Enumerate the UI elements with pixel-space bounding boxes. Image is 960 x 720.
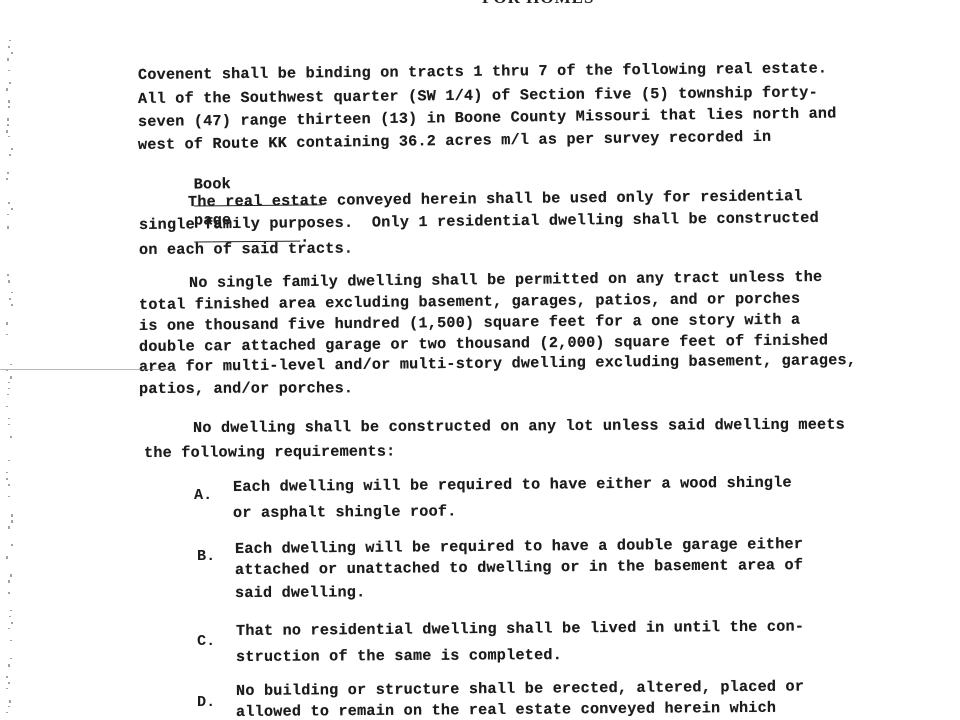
scanned-document-page: FOR HOMES Covenent shall be binding on t… [0,0,960,720]
text-line: That no residential dwelling shall be li… [236,618,804,640]
text-line: No building or structure shall be erecte… [236,678,804,700]
text-line: total finished area excluding basement, … [139,290,800,314]
text-line: Each dwelling will be required to have a… [235,535,803,558]
document-header-fragment: FOR HOMES [482,0,594,8]
text-line: Each dwelling will be required to have e… [233,474,792,496]
list-marker: B. [197,547,215,565]
text-line: All of the Southwest quarter (SW 1/4) of… [138,83,818,108]
list-marker: D. [197,693,215,711]
text-line: the following requirements: [144,442,396,462]
text-line: patios, and/or porches. [139,379,353,398]
text-line: struction of the same is completed. [236,646,562,666]
text-line: on each of said tracts. [139,240,353,259]
list-marker: C. [197,632,215,650]
text-line: Covenent shall be binding on tracts 1 th… [138,59,827,84]
book-label: Book [194,175,231,193]
text-line: allowed to remain on the real estate con… [236,699,776,720]
text-line: attached or unattached to dwelling or in… [235,556,803,579]
list-marker: A. [194,486,212,504]
text-line: No single family dwelling shall be permi… [189,268,823,292]
text-line: or asphalt shingle roof. [233,502,457,522]
scan-edge-artifacts [2,0,16,720]
text-line: No dwelling shall be constructed on any … [193,416,845,437]
text-line: said dwelling. [235,583,365,602]
text-line: west of Route KK containing 36.2 acres m… [138,128,772,154]
text-line: seven (47) range thirteen (13) in Boone … [138,104,837,131]
text-line: is one thousand five hundred (1,500) squ… [139,311,800,335]
scan-stray-mark [0,369,175,370]
